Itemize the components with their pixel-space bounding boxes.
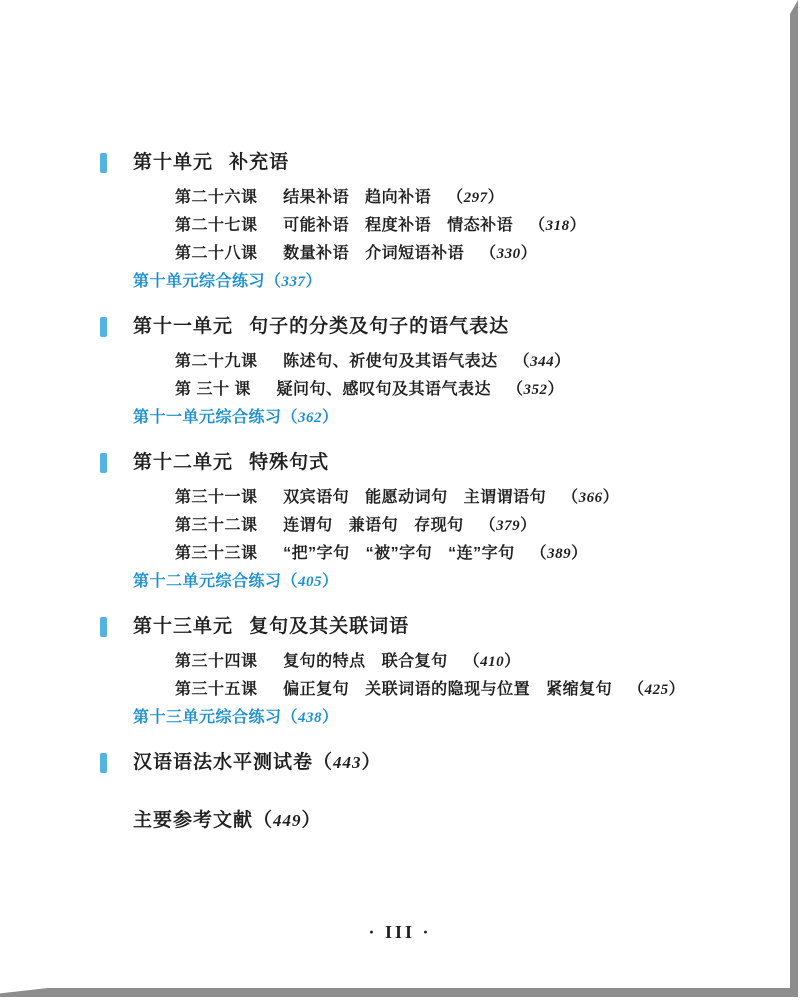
lesson-label: 第三十二课 xyxy=(175,517,258,534)
lesson-topic: 结果补语 xyxy=(283,189,349,206)
lesson-topic: 偏正复句 xyxy=(283,681,349,698)
toc-content: 第十单元补充语第二十六课结果补语趋向补语（297）第二十七课可能补语程度补语情态… xyxy=(0,0,800,834)
toc-page: 第十单元补充语第二十六课结果补语趋向补语（297）第二十七课可能补语程度补语情态… xyxy=(0,0,800,1000)
page-reference: （425） xyxy=(628,681,685,698)
lesson-row: 第 三十 课疑问句、感叹句及其语气表达（352） xyxy=(175,376,740,404)
lesson-label: 第三十三课 xyxy=(175,545,258,562)
unit-title: 第十一单元句子的分类及句子的语气表达 xyxy=(100,314,740,340)
lesson-topic: 程度补语 xyxy=(365,217,431,234)
page-reference: （449） xyxy=(253,808,322,834)
lesson-topic: 介词短语补语 xyxy=(365,245,464,262)
unit-section: 第十单元补充语第二十六课结果补语趋向补语（297）第二十七课可能补语程度补语情态… xyxy=(100,150,740,296)
unit-sections: 第十单元补充语第二十六课结果补语趋向补语（297）第二十七课可能补语程度补语情态… xyxy=(100,150,740,732)
footer-item-label: 汉语语法水平测试卷 xyxy=(133,750,313,776)
lesson-row: 第三十二课连谓句兼语句存现句（379） xyxy=(175,512,740,540)
page-reference: （297） xyxy=(447,189,504,206)
marker-spacer xyxy=(100,811,107,831)
lesson-topic: 趋向补语 xyxy=(365,189,431,206)
lesson-topic: “把”字句 xyxy=(283,545,350,562)
footer-marker-bar xyxy=(100,753,107,773)
unit-marker-bar xyxy=(100,617,107,637)
unit-name: 特殊句式 xyxy=(249,450,329,476)
unit-exercise-row: 第十三单元综合练习（438） xyxy=(133,704,740,732)
lesson-label: 第三十一课 xyxy=(175,489,258,506)
page-reference: （410） xyxy=(464,653,521,670)
lesson-label: 第二十八课 xyxy=(175,245,258,262)
page-reference: （352） xyxy=(507,381,564,398)
lesson-row: 第三十四课复句的特点联合复句（410） xyxy=(175,648,740,676)
lesson-topic: 关联词语的隐现与位置 xyxy=(365,681,530,698)
page-reference: （366） xyxy=(562,489,619,506)
page-reference: （389） xyxy=(531,545,588,562)
lesson-topic: 情态补语 xyxy=(447,217,513,234)
page-reference: （318） xyxy=(529,217,586,234)
unit-exercise-row: 第十单元综合练习（337） xyxy=(133,268,740,296)
lesson-topic: 可能补语 xyxy=(283,217,349,234)
unit-name: 复句及其关联词语 xyxy=(249,614,409,640)
lesson-row: 第二十六课结果补语趋向补语（297） xyxy=(175,184,740,212)
unit-exercise-label: 第十单元综合练习 xyxy=(133,273,265,290)
page-reference: （443） xyxy=(313,750,382,776)
footer-item: 主要参考文献（449） xyxy=(100,808,740,834)
page-shadow-bottom xyxy=(0,988,798,997)
lesson-topic: 复句的特点 xyxy=(283,653,366,670)
unit-number: 第十一单元 xyxy=(133,314,233,340)
lesson-label: 第 三十 课 xyxy=(175,381,251,398)
footer-item: 汉语语法水平测试卷（443） xyxy=(100,750,740,776)
footer-items: 汉语语法水平测试卷（443）主要参考文献（449） xyxy=(100,750,740,834)
lesson-topic: 主谓谓语句 xyxy=(464,489,547,506)
unit-name: 句子的分类及句子的语气表达 xyxy=(249,314,509,340)
unit-section: 第十二单元特殊句式第三十一课双宾语句能愿动词句主谓谓语句（366）第三十二课连谓… xyxy=(100,450,740,596)
lesson-label: 第二十六课 xyxy=(175,189,258,206)
lesson-row: 第三十一课双宾语句能愿动词句主谓谓语句（366） xyxy=(175,484,740,512)
unit-exercise-label: 第十二单元综合练习 xyxy=(133,573,282,590)
lesson-label: 第二十九课 xyxy=(175,353,258,370)
lesson-label: 第三十四课 xyxy=(175,653,258,670)
lesson-row: 第三十五课偏正复句关联词语的隐现与位置紧缩复句（425） xyxy=(175,676,740,704)
unit-marker-bar xyxy=(100,317,107,337)
unit-section: 第十一单元句子的分类及句子的语气表达第二十九课陈述句、祈使句及其语气表达（344… xyxy=(100,314,740,432)
unit-name: 补充语 xyxy=(229,150,289,176)
unit-number: 第十三单元 xyxy=(133,614,233,640)
lesson-topic: 能愿动词句 xyxy=(365,489,448,506)
unit-title: 第十二单元特殊句式 xyxy=(100,450,740,476)
unit-number: 第十单元 xyxy=(133,150,213,176)
lesson-topic: 陈述句、祈使句及其语气表达 xyxy=(283,353,498,370)
lesson-topic: 联合复句 xyxy=(382,653,448,670)
lesson-row: 第二十九课陈述句、祈使句及其语气表达（344） xyxy=(175,348,740,376)
lesson-row: 第三十三课“把”字句“被”字句“连”字句（389） xyxy=(175,540,740,568)
unit-title: 第十三单元复句及其关联词语 xyxy=(100,614,740,640)
page-reference: （379） xyxy=(480,517,537,534)
lesson-label: 第三十五课 xyxy=(175,681,258,698)
lesson-topic: “连”字句 xyxy=(448,545,515,562)
unit-exercise-row: 第十二单元综合练习（405） xyxy=(133,568,740,596)
unit-marker-bar xyxy=(100,453,107,473)
lesson-row: 第二十八课数量补语介词短语补语（330） xyxy=(175,240,740,268)
unit-number: 第十二单元 xyxy=(133,450,233,476)
page-reference: （405） xyxy=(282,573,339,590)
lesson-topic: 疑问句、感叹句及其语气表达 xyxy=(277,381,492,398)
unit-exercise-row: 第十一单元综合练习（362） xyxy=(133,404,740,432)
page-reference: （438） xyxy=(282,709,339,726)
lesson-topic: 存现句 xyxy=(414,517,464,534)
lesson-topic: 双宾语句 xyxy=(283,489,349,506)
lesson-topic: “被”字句 xyxy=(366,545,433,562)
footer-item-label: 主要参考文献 xyxy=(133,808,253,834)
page-reference: （362） xyxy=(282,409,339,426)
lesson-topic: 兼语句 xyxy=(349,517,399,534)
lesson-topic: 连谓句 xyxy=(283,517,333,534)
page-number: · III · xyxy=(0,922,800,943)
unit-marker-bar xyxy=(100,153,107,173)
unit-exercise-label: 第十一单元综合练习 xyxy=(133,409,282,426)
unit-exercise-label: 第十三单元综合练习 xyxy=(133,709,282,726)
page-reference: （337） xyxy=(265,273,322,290)
page-reference: （344） xyxy=(514,353,571,370)
page-reference: （330） xyxy=(480,245,537,262)
unit-section: 第十三单元复句及其关联词语第三十四课复句的特点联合复句（410）第三十五课偏正复… xyxy=(100,614,740,732)
lesson-topic: 数量补语 xyxy=(283,245,349,262)
unit-title: 第十单元补充语 xyxy=(100,150,740,176)
lesson-topic: 紧缩复句 xyxy=(546,681,612,698)
lesson-row: 第二十七课可能补语程度补语情态补语（318） xyxy=(175,212,740,240)
lesson-label: 第二十七课 xyxy=(175,217,258,234)
page-shadow-right xyxy=(790,0,798,996)
